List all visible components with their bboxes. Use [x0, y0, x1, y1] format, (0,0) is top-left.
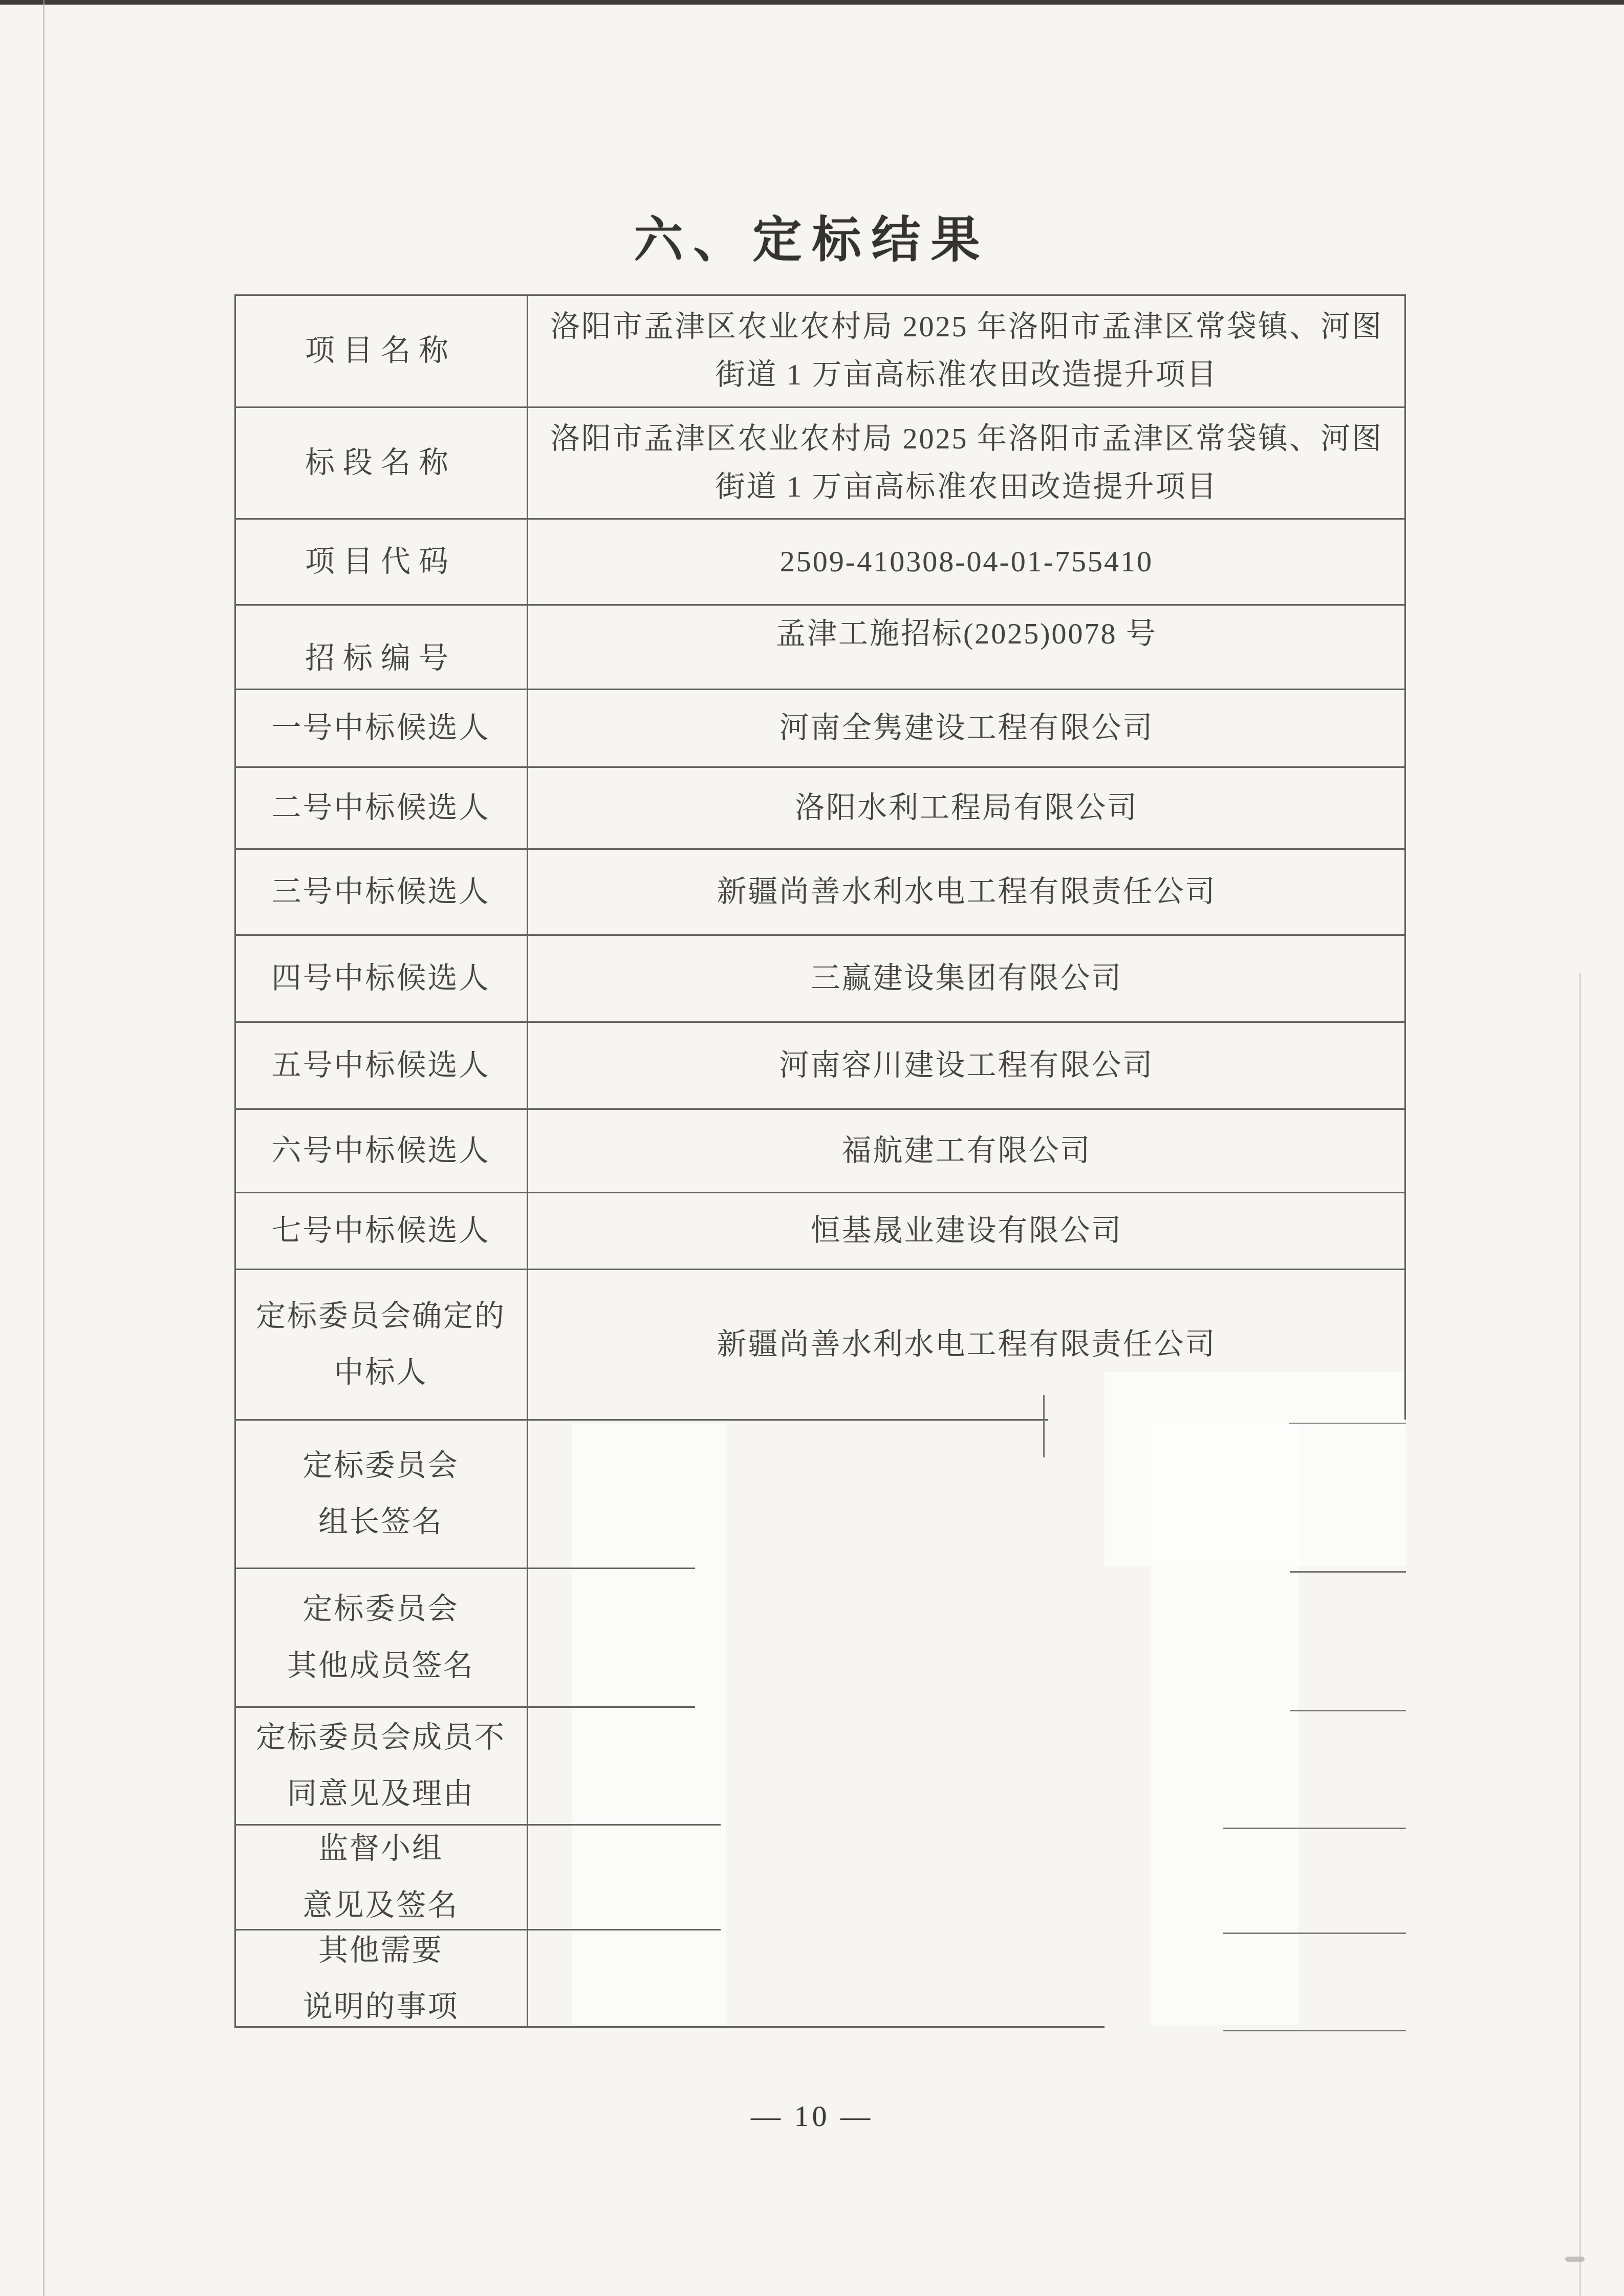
row-value: 孟津工施招标(2025)0078 号 — [527, 605, 1406, 689]
table-border-line — [1223, 2030, 1406, 2031]
row-label: 定标委员会 其他成员签名 — [234, 1568, 527, 1707]
table-border-line — [234, 294, 236, 2028]
table-border-line — [1404, 294, 1406, 1420]
table-border-line — [527, 294, 528, 2028]
table-border-line — [234, 518, 1406, 520]
row-label: 二号中标候选人 — [234, 767, 527, 849]
row-label: 其他需要 说明的事项 — [234, 1929, 527, 2028]
table-border-line — [234, 294, 1406, 296]
table-row: 二号中标候选人 洛阳水利工程局有限公司 — [234, 767, 1406, 849]
table-border-line — [234, 1824, 721, 1826]
table-border-line — [234, 934, 1406, 936]
table-border-line — [234, 2026, 1105, 2028]
table-row: 三号中标候选人 新疆尚善水利水电工程有限责任公司 — [234, 849, 1406, 935]
row-value: 2509-410308-04-01-755410 — [527, 519, 1406, 605]
table-border-line — [234, 604, 1406, 606]
table-border-line — [1290, 1571, 1406, 1573]
row-label: 五号中标候选人 — [234, 1022, 527, 1109]
table-row: 六号中标候选人 福航建工有限公司 — [234, 1109, 1406, 1192]
table-border-line — [1223, 1933, 1406, 1934]
table-border-line — [234, 1269, 1406, 1270]
row-label: 三号中标候选人 — [234, 849, 527, 935]
table-border-line — [234, 1929, 721, 1930]
row-label: 四号中标候选人 — [234, 935, 527, 1022]
row-value: 新疆尚善水利水电工程有限责任公司 — [527, 849, 1406, 935]
page-title: 六、定标结果 — [0, 201, 1624, 271]
page-number: — 10 — — [0, 2099, 1624, 2133]
row-label: 招标编号 — [234, 605, 527, 689]
document-page: 六、定标结果 项目名称 洛阳市孟津区农业农村局 2025 年洛阳市孟津区常袋镇、… — [0, 0, 1624, 2296]
table-border-line — [1289, 1423, 1406, 1424]
table-border-line — [234, 1419, 1048, 1421]
results-table: 项目名称 洛阳市孟津区农业农村局 2025 年洛阳市孟津区常袋镇、河图 街道 1… — [234, 294, 1406, 2028]
table-border-line — [1223, 1828, 1406, 1829]
row-value: 洛阳水利工程局有限公司 — [527, 767, 1406, 849]
row-label: 定标委员会成员不 同意见及理由 — [234, 1707, 527, 1825]
table-row: 招标编号 孟津工施招标(2025)0078 号 — [234, 605, 1406, 689]
row-value: 河南容川建设工程有限公司 — [527, 1022, 1406, 1109]
table-border-line — [234, 1568, 695, 1569]
scan-left-edge — [43, 0, 45, 2296]
table-border-line — [234, 1706, 695, 1708]
table-row: 七号中标候选人 恒基晟业建设有限公司 — [234, 1192, 1406, 1269]
row-label: 标段名称 — [234, 407, 527, 519]
row-label: 六号中标候选人 — [234, 1109, 527, 1192]
table-row: 标段名称 洛阳市孟津区农业农村局 2025 年洛阳市孟津区常袋镇、河图 街道 1… — [234, 407, 1406, 519]
table-border-line — [234, 1108, 1406, 1110]
table-border-line — [234, 689, 1406, 690]
table-row: 一号中标候选人 河南全隽建设工程有限公司 — [234, 689, 1406, 767]
scan-tick-mark — [1043, 1395, 1045, 1457]
table-row: 项目代码 2509-410308-04-01-755410 — [234, 519, 1406, 605]
table-row: 四号中标候选人 三赢建设集团有限公司 — [234, 935, 1406, 1022]
table-border-line — [234, 848, 1406, 850]
table-row: 项目名称 洛阳市孟津区农业农村局 2025 年洛阳市孟津区常袋镇、河图 街道 1… — [234, 294, 1406, 407]
row-value: 三赢建设集团有限公司 — [527, 935, 1406, 1022]
scan-smudge — [1565, 2257, 1585, 2262]
row-value: 洛阳市孟津区农业农村局 2025 年洛阳市孟津区常袋镇、河图 街道 1 万亩高标… — [527, 407, 1406, 519]
scan-top-edge — [0, 0, 1624, 5]
row-label: 项目名称 — [234, 294, 527, 407]
table-border-line — [1290, 1710, 1406, 1711]
row-label: 定标委员会 组长签名 — [234, 1420, 527, 1568]
row-label: 定标委员会确定的 中标人 — [234, 1269, 527, 1420]
scan-whiteout-patch — [1105, 1372, 1406, 1567]
row-label: 监督小组 意见及签名 — [234, 1825, 527, 1929]
row-label: 七号中标候选人 — [234, 1192, 527, 1269]
scan-whiteout-patch — [572, 1423, 726, 2025]
table-border-line — [234, 406, 1406, 408]
row-label: 一号中标候选人 — [234, 689, 527, 767]
table-border-line — [234, 1192, 1406, 1193]
row-label: 项目代码 — [234, 519, 527, 605]
row-value: 恒基晟业建设有限公司 — [527, 1192, 1406, 1269]
table-row: 五号中标候选人 河南容川建设工程有限公司 — [234, 1022, 1406, 1109]
table-border-line — [234, 1021, 1406, 1023]
scan-right-edge — [1579, 973, 1581, 2296]
table-border-line — [234, 766, 1406, 768]
row-value: 福航建工有限公司 — [527, 1109, 1406, 1192]
row-value: 河南全隽建设工程有限公司 — [527, 689, 1406, 767]
row-value: 洛阳市孟津区农业农村局 2025 年洛阳市孟津区常袋镇、河图 街道 1 万亩高标… — [527, 294, 1406, 407]
